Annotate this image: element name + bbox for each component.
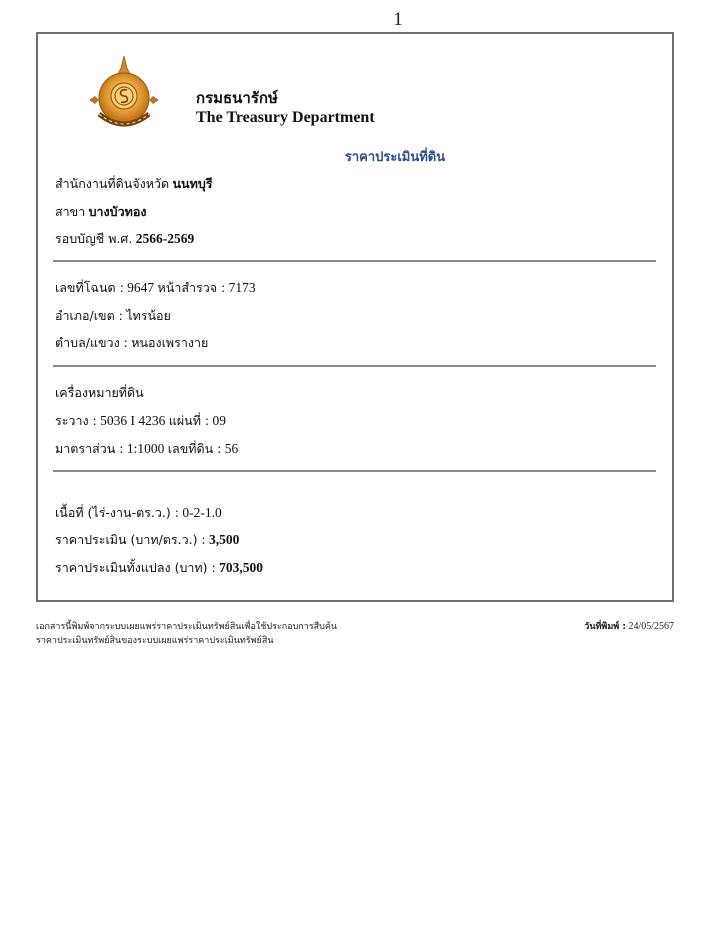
province-office-value: นนทบุรี <box>173 176 213 191</box>
district-label: อำเภอ/เขต : <box>55 308 123 323</box>
subdistrict-row: ตำบล/แขวง : หนองเพรางาย <box>55 334 208 352</box>
document-title: ราคาประเมินที่ดิน <box>38 146 672 167</box>
page-number: 1 <box>0 9 716 31</box>
utm-label: ระวาง : <box>55 413 97 428</box>
scale-value: 1:1000 <box>127 441 165 456</box>
district-value: ไทรน้อย <box>126 308 171 323</box>
accounting-period-label: รอบบัญชี พ.ศ. <box>55 231 132 246</box>
print-date-label: วันที่พิมพ์ : <box>584 622 626 632</box>
land-marker-heading: เครื่องหมายที่ดิน <box>55 384 144 402</box>
print-date: วันที่พิมพ์ : 24/05/2567 <box>584 620 674 634</box>
print-date-value: 24/05/2567 <box>628 621 674 632</box>
area-value: 0-2-1.0 <box>182 505 221 520</box>
footer-note: เอกสารนี้พิมพ์จากระบบเผยแพร่ราคาประเมินท… <box>36 620 337 648</box>
utm-value: 5036 I 4236 <box>100 413 165 428</box>
survey-page-value: 7173 <box>229 280 256 295</box>
district-row: อำเภอ/เขต : ไทรน้อย <box>55 307 171 325</box>
land-valuation-card: กรมธนารักษ์ The Treasury Department ราคา… <box>36 32 674 602</box>
section-divider <box>53 365 656 367</box>
area-label: เนื้อที่ (ไร่-งาน-ตร.ว.) : <box>55 505 179 520</box>
subdistrict-value: หนองเพรางาย <box>131 335 208 350</box>
sheet-label: แผ่นที่ : <box>169 413 209 428</box>
deed-number-value: 9647 <box>127 280 154 295</box>
deed-number-label: เลขที่โฉนด : <box>55 280 124 295</box>
branch-label: สาขา <box>55 204 85 219</box>
area-row: เนื้อที่ (ไร่-งาน-ตร.ว.) : 0-2-1.0 <box>55 504 222 522</box>
section-divider <box>53 260 656 262</box>
parcel-number-value: 56 <box>225 441 239 456</box>
survey-page-label: หน้าสำรวจ : <box>158 280 226 295</box>
province-office-label: สำนักงานที่ดินจังหวัด <box>55 176 169 191</box>
branch-value: บางบัวทอง <box>89 204 147 219</box>
utm-row: ระวาง : 5036 I 4236 แผ่นที่ : 09 <box>55 412 226 430</box>
organization-block: กรมธนารักษ์ The Treasury Department <box>196 88 375 128</box>
org-name-english: The Treasury Department <box>196 108 375 128</box>
deed-number-row: เลขที่โฉนด : 9647 หน้าสำรวจ : 7173 <box>55 279 256 297</box>
section-divider <box>53 470 656 472</box>
org-name-thai: กรมธนารักษ์ <box>196 88 375 108</box>
footer-note-line-2: ราคาประเมินทรัพย์สินของระบบเผยแพร่ราคาปร… <box>36 634 337 648</box>
price-per-unit-value: 3,500 <box>209 532 239 547</box>
scale-label: มาตราส่วน : <box>55 441 124 456</box>
price-per-unit-row: ราคาประเมิน (บาท/ตร.ว.) : 3,500 <box>55 531 239 549</box>
total-price-value: 703,500 <box>219 560 263 575</box>
scale-row: มาตราส่วน : 1:1000 เลขที่ดิน : 56 <box>55 440 238 458</box>
subdistrict-label: ตำบล/แขวง : <box>55 335 128 350</box>
branch-row: สาขา บางบัวทอง <box>55 203 146 221</box>
footer-note-line-1: เอกสารนี้พิมพ์จากระบบเผยแพร่ราคาประเมินท… <box>36 620 337 634</box>
accounting-period-row: รอบบัญชี พ.ศ. 2566-2569 <box>55 230 194 248</box>
accounting-period-value: 2566-2569 <box>136 231 195 246</box>
total-price-row: ราคาประเมินทั้งแปลง (บาท) : 703,500 <box>55 559 263 577</box>
province-office-row: สำนักงานที่ดินจังหวัด นนทบุรี <box>55 175 213 193</box>
land-marker-heading-text: เครื่องหมายที่ดิน <box>55 385 144 400</box>
price-per-unit-label: ราคาประเมิน (บาท/ตร.ว.) : <box>55 532 206 547</box>
treasury-emblem-icon <box>85 54 163 136</box>
total-price-label: ราคาประเมินทั้งแปลง (บาท) : <box>55 560 216 575</box>
parcel-number-label: เลขที่ดิน : <box>168 441 222 456</box>
sheet-value: 09 <box>213 413 227 428</box>
